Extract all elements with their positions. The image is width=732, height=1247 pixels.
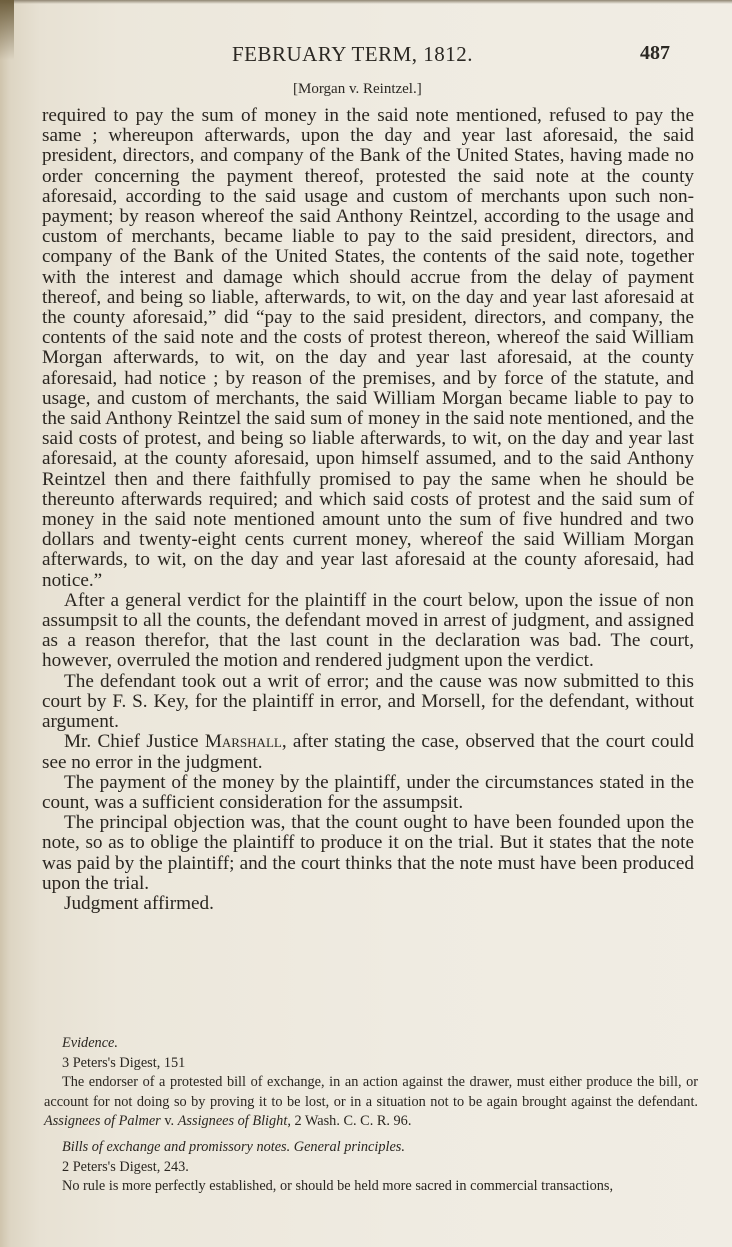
note-reference-2: 2 Peters's Digest, 243.	[44, 1158, 698, 1178]
paragraph-marshall: Mr. Chief Justice Marshall, after statin…	[42, 732, 694, 772]
book-page: FEBRUARY TERM, 1812. 487 [Morgan v. Rein…	[0, 0, 732, 1247]
page-header: FEBRUARY TERM, 1812. 487	[0, 38, 732, 68]
note-text-rule: No rule is more perfectly established, o…	[44, 1177, 698, 1197]
paragraph-payment: The payment of the money by the plaintif…	[42, 773, 694, 813]
main-text: required to pay the sum of money in the …	[42, 106, 694, 914]
marshall-prefix: Mr. Chief Justice	[64, 731, 205, 752]
paragraph-judgment: Judgment affirmed.	[42, 894, 694, 914]
case-party-1: Assignees of Palmer	[44, 1113, 161, 1129]
case-party-2: Assignees of Blight	[178, 1113, 288, 1129]
note-heading-bills: Bills of exchange and promissory notes. …	[44, 1138, 698, 1158]
paragraph-writ-of-error: The defendant took out a writ of error; …	[42, 672, 694, 733]
annotation-notes: Evidence. 3 Peters's Digest, 151 The end…	[44, 1034, 698, 1197]
scan-top-edge	[0, 0, 732, 4]
case-citation: , 2 Wash. C. C. R. 96.	[287, 1113, 411, 1129]
justice-name: Marshall	[205, 731, 282, 752]
paragraph-verdict: After a general verdict for the plaintif…	[42, 591, 694, 672]
case-versus: v.	[161, 1113, 178, 1129]
note-reference: 3 Peters's Digest, 151	[44, 1054, 698, 1074]
running-title: FEBRUARY TERM, 1812.	[232, 42, 473, 67]
note-text: The endorser of a protested bill of exch…	[44, 1074, 698, 1110]
note-text-evidence: The endorser of a protested bill of exch…	[44, 1073, 698, 1132]
note-heading-evidence: Evidence.	[44, 1034, 698, 1054]
paragraph-objection: The principal objection was, that the co…	[42, 813, 694, 894]
case-title: [Morgan v. Reintzel.]	[293, 81, 422, 98]
page-number: 487	[640, 42, 670, 65]
paragraph-declaration: required to pay the sum of money in the …	[42, 106, 694, 591]
